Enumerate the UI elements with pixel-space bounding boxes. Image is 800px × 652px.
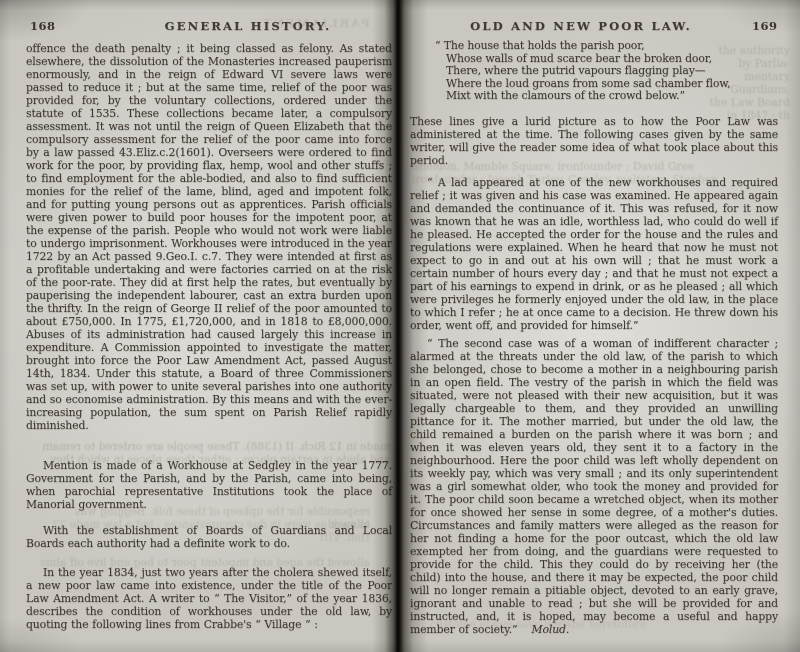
book-scan-spread: PARLIAMENT. made in 12 Rich. II (1388). … bbox=[0, 0, 800, 652]
paragraph-text: “ The second case was of a woman of indi… bbox=[410, 337, 778, 636]
left-page-paragraph: With the establishment of Boards of Guar… bbox=[26, 524, 392, 550]
paragraph-text: offence the death penalty ; it being cla… bbox=[26, 42, 392, 432]
paragraph-text: “ A lad appeared at one of the new workh… bbox=[410, 176, 778, 332]
left-page-number: 168 bbox=[30, 19, 56, 33]
right-page-paragraph: These lines give a lurid picture as to h… bbox=[410, 115, 778, 167]
poem-line: There, where the putrid vapours flagging… bbox=[446, 65, 776, 78]
right-page-paragraph: “ The second case was of a woman of indi… bbox=[410, 337, 778, 636]
right-page-number: 169 bbox=[752, 19, 778, 33]
left-page-running-header: GENERAL HISTORY. bbox=[92, 19, 404, 33]
right-page-running-header: OLD AND NEW POOR LAW. bbox=[436, 19, 726, 33]
left-page-paragraph: Mention is made of a Workhouse at Sedgle… bbox=[26, 459, 392, 511]
left-page-paragraph: offence the death penalty ; it being cla… bbox=[26, 42, 392, 432]
poem-quotation: “ The house that holds the parish poor, … bbox=[446, 40, 776, 103]
paragraph-text: Mention is made of a Workhouse at Sedgle… bbox=[26, 459, 392, 511]
author-signature: Molud. bbox=[517, 623, 569, 636]
poem-line: Mixt with the clamours of the crowd belo… bbox=[446, 90, 776, 103]
paragraph-text: In the year 1834, just two years after t… bbox=[26, 566, 392, 631]
left-page-paragraph: In the year 1834, just two years after t… bbox=[26, 566, 392, 631]
ghost-text: made in 12 Rich. II (1388). These people… bbox=[30, 440, 390, 453]
paragraph-text: These lines give a lurid picture as to h… bbox=[410, 115, 778, 167]
right-page-paragraph: “ A lad appeared at one of the new workh… bbox=[410, 176, 778, 332]
poem-line: “ The house that holds the parish poor, bbox=[446, 40, 776, 53]
paragraph-text: With the establishment of Boards of Guar… bbox=[26, 524, 392, 550]
